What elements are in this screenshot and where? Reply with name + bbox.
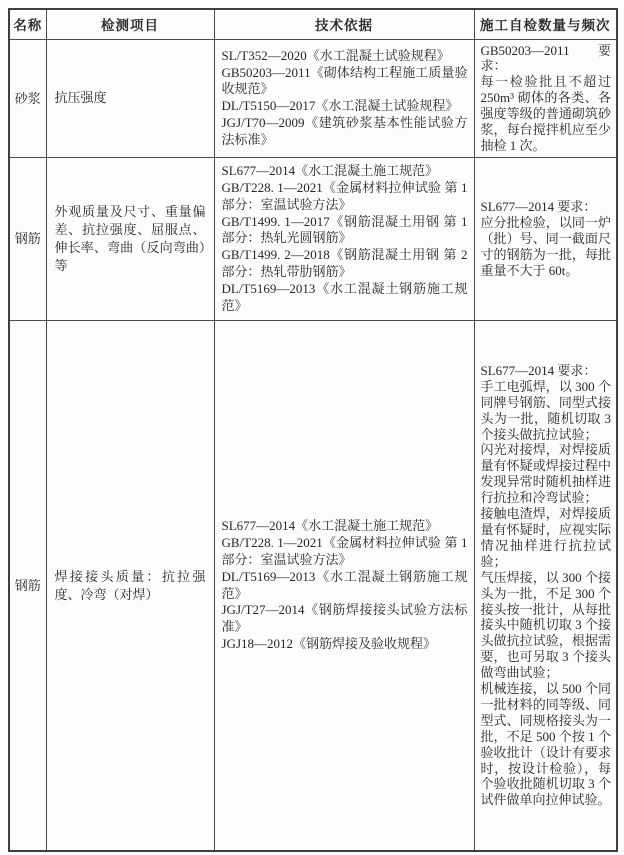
material-name-cell: 砂浆: [9, 39, 46, 157]
header-cell-technical-basis: 技术依据: [214, 9, 474, 39]
frequency-cell: SL677—2014 要求： 应分批检验，以同一炉（批）号、同一截面尺寸的钢筋为…: [474, 157, 617, 320]
inspection-item-cell: 抗压强度: [46, 39, 214, 157]
material-name-cell: 钢筋: [9, 320, 46, 851]
technical-basis-cell: SL677—2014《水工混凝土施工规范》 GB/T228. 1—2021《金属…: [214, 157, 474, 320]
document-page: 名称 检测项目 技术依据 施工自检数量与频次 砂浆 抗压强度 SL/T352—2…: [0, 0, 624, 855]
inspection-standards-table: 名称 检测项目 技术依据 施工自检数量与频次 砂浆 抗压强度 SL/T352—2…: [8, 8, 618, 852]
table-header-row: 名称 检测项目 技术依据 施工自检数量与频次: [9, 9, 617, 39]
frequency-cell: GB50203—2011 要求： 每一检验批且不超过 250m³ 砌体的各类、各…: [474, 39, 617, 157]
table-row-rebar-welding: 钢筋 焊接接头质量：抗拉强度、冷弯（对焊） SL677—2014《水工混凝土施工…: [9, 320, 617, 851]
header-cell-name: 名称: [9, 9, 46, 39]
header-cell-self-check-frequency: 施工自检数量与频次: [474, 9, 617, 39]
inspection-item-cell: 外观质量及尺寸、重量偏差、抗拉强度、屈服点、伸长率、弯曲（反向弯曲）等: [46, 157, 214, 320]
technical-basis-cell: SL677—2014《水工混凝土施工规范》 GB/T228. 1—2021《金属…: [214, 320, 474, 851]
inspection-item-cell: 焊接接头质量：抗拉强度、冷弯（对焊）: [46, 320, 214, 851]
material-name-cell: 钢筋: [9, 157, 46, 320]
technical-basis-cell: SL/T352—2020《水工混凝土试验规程》 GB50203—2011《砌体结…: [214, 39, 474, 157]
header-cell-inspection-items: 检测项目: [46, 9, 214, 39]
frequency-cell: SL677—2014 要求： 手工电弧焊，以 300 个同牌号钢筋、同型式接头为…: [474, 320, 617, 851]
table-row-mortar: 砂浆 抗压强度 SL/T352—2020《水工混凝土试验规程》 GB50203—…: [9, 39, 617, 157]
table-row-rebar-material: 钢筋 外观质量及尺寸、重量偏差、抗拉强度、屈服点、伸长率、弯曲（反向弯曲）等 S…: [9, 157, 617, 320]
